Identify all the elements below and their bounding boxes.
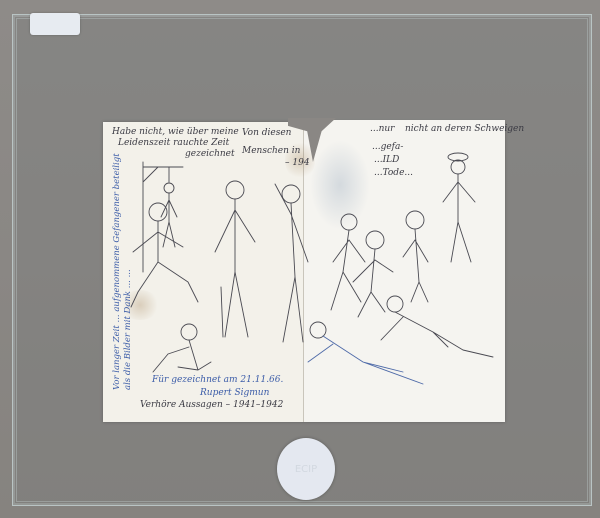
- inscription-top-middle-2: Menschen in: [242, 146, 300, 157]
- inscription-top-middle-3: – 194: [285, 158, 310, 169]
- inscription-left-margin-1: Vor langer Zeit ... aufgenommene Gefange…: [112, 153, 123, 390]
- inscription-top-right-2: nicht an deren Schweigen: [405, 124, 524, 135]
- inscription-left-margin-2: als die Bilder mit Dank ... ...: [123, 153, 134, 390]
- collection-seal: ECIP: [277, 438, 335, 500]
- inscription-top-right-3: ...gefa-: [372, 142, 403, 153]
- inventory-label: [30, 13, 80, 35]
- inscription-top-left-1: Habe nicht, wie über meine: [112, 127, 239, 138]
- inscription-top-right-5: ...Tode...: [374, 168, 413, 179]
- inscription-top-middle-1: Von diesen: [242, 128, 291, 139]
- inscription-top-right-4: ...ILD: [374, 155, 399, 166]
- inscription-top-left-3: gezeichnet: [185, 149, 235, 160]
- inscription-top-right-1: ...nur: [370, 124, 394, 135]
- inscription-top-left-2: Leidenszeit rauchte Zeit: [118, 138, 229, 149]
- inscription-left-margin: Vor langer Zeit ... aufgenommene Gefange…: [112, 153, 134, 390]
- inscription-bottom-blue-1: Für gezeichnet am 21.11.66.: [152, 375, 283, 386]
- inscription-bottom-black: Verhöre Aussagen – 1941–1942: [140, 400, 283, 411]
- inscription-bottom-blue-2: Rupert Sigmun: [200, 388, 269, 399]
